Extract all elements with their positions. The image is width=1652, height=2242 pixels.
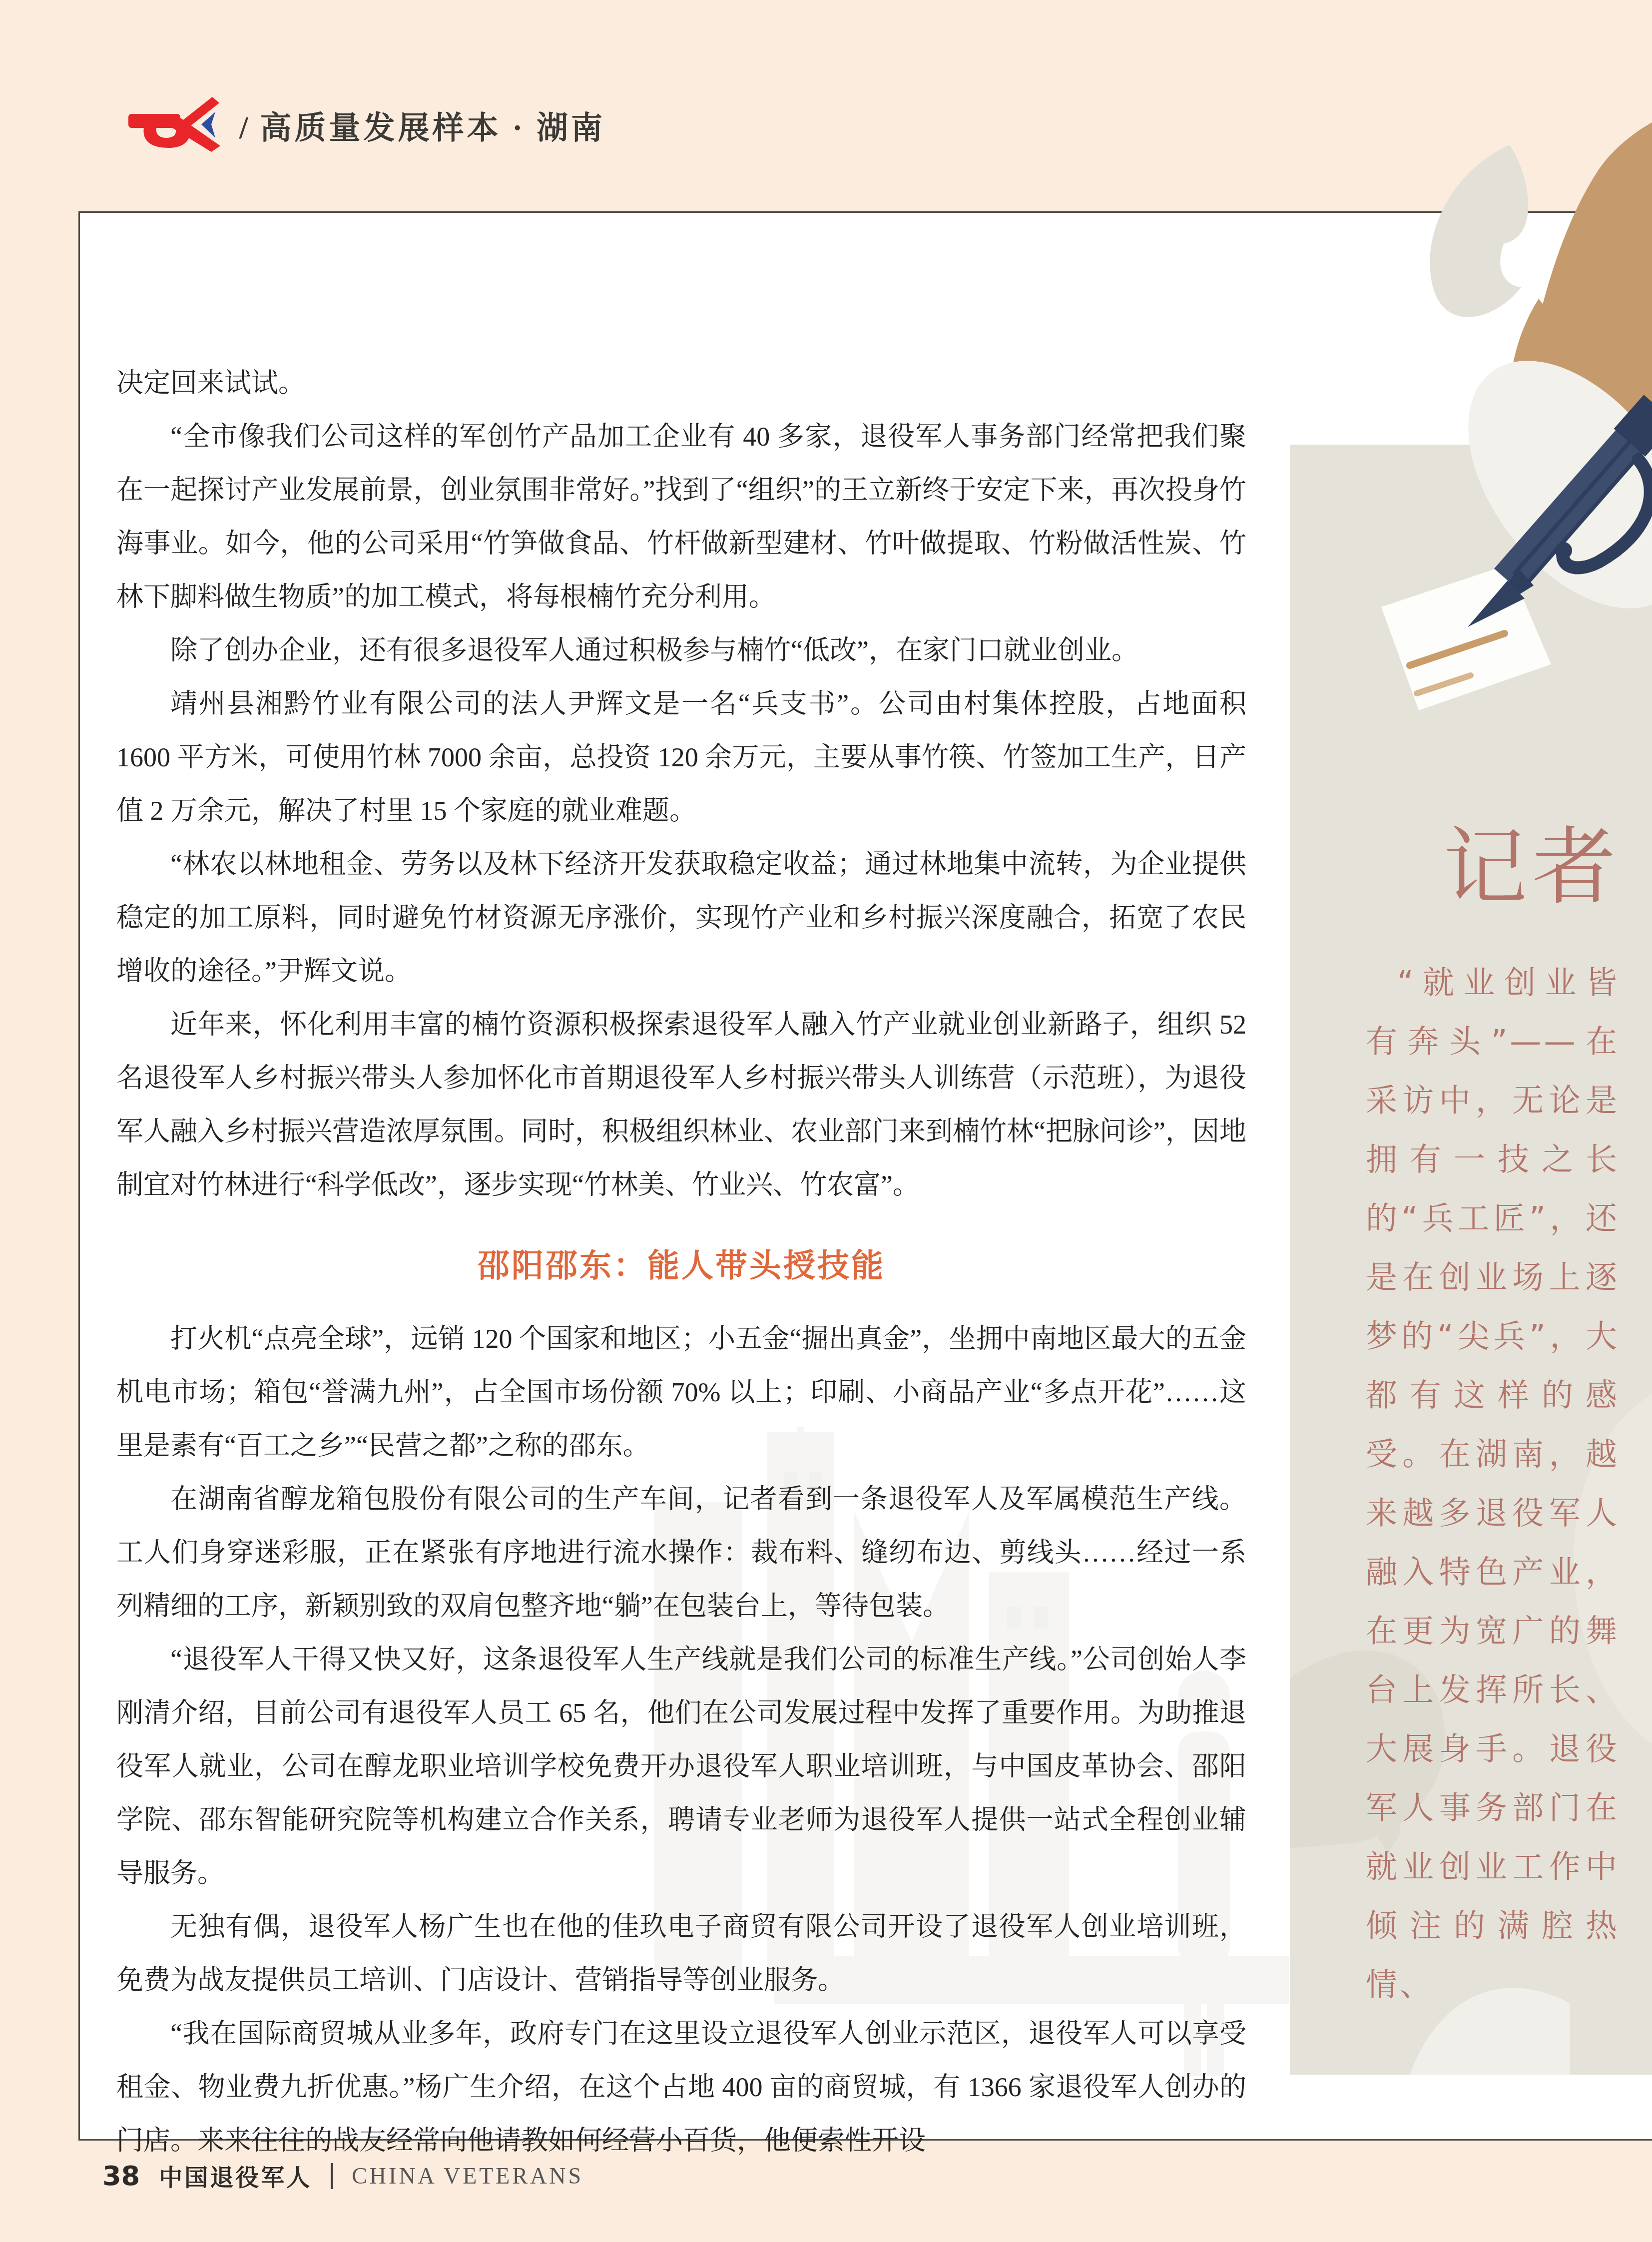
magazine-name-cn: 中国退役军人: [159, 2159, 312, 2193]
sidebar-title: 记者: [1443, 800, 1621, 921]
footer-divider: [331, 2163, 333, 2189]
page-footer: 38 中国退役军人 CHINA VETERANS: [102, 2159, 583, 2193]
article-paragraph: “我在国际商贸城从业多年，政府专门在这里设立退役军人创业示范区，退役军人可以享受…: [116, 2007, 1246, 2168]
magazine-name-en: CHINA VETERANS: [352, 2163, 583, 2189]
article-paragraph: 在湖南省醇龙箱包股份有限公司的生产车间，记者看到一条退役军人及军属模范生产线。工…: [116, 1473, 1246, 1633]
article-paragraph: 无独有偶，退役军人杨广生也在他的佳玖电子商贸有限公司开设了退役军人创业培训班，免…: [116, 1900, 1246, 2007]
article-paragraph: 靖州县湘黔竹业有限公司的法人尹辉文是一名“兵支书”。公司由村集体控股，占地面积 …: [116, 677, 1246, 838]
magazine-page: /高质量发展样本 · 湖南: [0, 0, 1652, 2242]
sidebar-paragraph: “就业创业皆有奔头”——在采访中，无论是拥有一技之长的“兵工匠”，还是在创业场上…: [1366, 953, 1620, 2014]
article-paragraph: 决定回来试试。: [116, 357, 1246, 410]
section-heading: 邵阳邵东：能人带头授技能: [116, 1239, 1246, 1292]
china-veterans-logo: [126, 96, 222, 154]
page-title: /高质量发展样本 · 湖南: [239, 102, 605, 148]
article-paragraph: “全市像我们公司这样的军创竹产品加工企业有 40 多家，退役军人事务部门经常把我…: [116, 410, 1246, 624]
article-body: 决定回来试试。 “全市像我们公司这样的军创竹产品加工企业有 40 多家，退役军人…: [116, 357, 1246, 2168]
page-number: 38: [102, 2160, 140, 2192]
title-slash: /: [239, 110, 251, 145]
article-paragraph: “退役军人干得又快又好，这条退役军人生产线就是我们公司的标准生产线。”公司创始人…: [116, 1633, 1246, 1900]
reporter-note-sidebar: 记者 “就业创业皆有奔头”——在采访中，无论是拥有一技之长的“兵工匠”，还是在创…: [1290, 445, 1652, 2075]
title-text: 高质量发展样本 · 湖南: [260, 110, 606, 145]
page-header: /高质量发展样本 · 湖南: [126, 96, 605, 154]
article-paragraph: 除了创办企业，还有很多退役军人通过积极参与楠竹“低改”，在家门口就业创业。: [116, 624, 1246, 677]
article-paragraph: “林农以林地租金、劳务以及林下经济开发获取稳定收益；通过林地集中流转，为企业提供…: [116, 838, 1246, 998]
article-paragraph: 近年来，怀化利用丰富的楠竹资源积极探索退役军人融入竹产业就业创业新路子，组织 5…: [116, 998, 1246, 1212]
article-paragraph: 打火机“点亮全球”，远销 120 个国家和地区；小五金“掘出真金”，坐拥中南地区…: [116, 1312, 1246, 1473]
